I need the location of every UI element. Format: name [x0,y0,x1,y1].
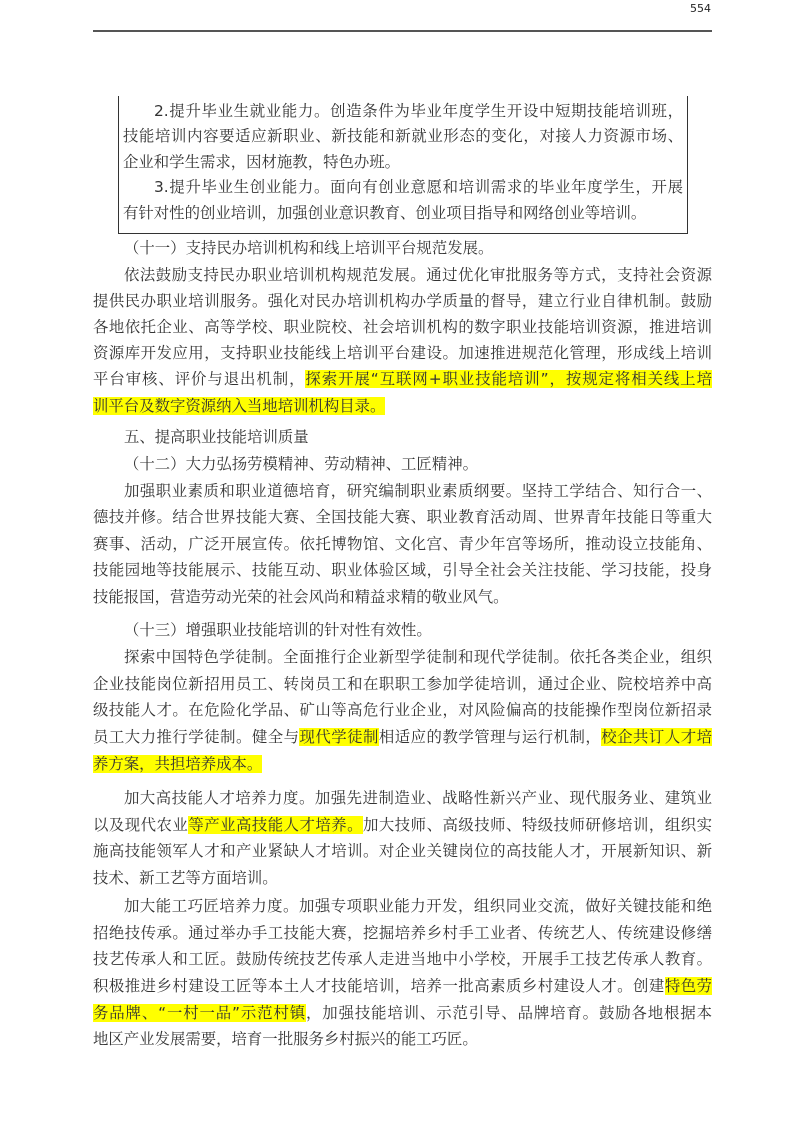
body-line: 养方案，共担培养成本。 [93,752,712,776]
text-segment: 五、提高职业技能培训质量 [124,428,309,446]
body-line: 加大高技能人才培养力度。加强先进制造业、战略性新兴产业、现代服务业、建筑业 [93,786,712,810]
body-line: 技术、新工艺等方面培训。 [93,866,712,890]
body-line: （十一）支持民办培训机构和线上培训平台规范发展。 [93,236,712,260]
text-segment: 加大高技能人才培养力度。加强先进制造业、战略性新兴产业、现代服务业、建筑业 [124,789,712,807]
highlighted-text: 校企共订人才培 [601,728,712,746]
text-segment: 员工大力推行学徒制。健全与 [93,728,299,746]
text-segment: 以及现代农业 [93,816,188,834]
body-line: 技艺传承人和工匠。鼓励传统技艺传承人走进当地中小学校，开展手工技艺传承人教育。 [93,947,712,971]
body-line: 赛事、活动，广泛开展宣传。依托博物馆、文化宫、青少年宫等场所，推动设立技能角、 [93,532,712,556]
highlighted-text: 养方案，共担培养成本。 [93,755,262,773]
text-segment: 2.提升毕业生就业能力。创造条件为毕业年度学生开设中短期技能培训班， [154,102,683,120]
body-line: 加大能工巧匠培养力度。加强专项职业能力开发，组织同业交流，做好关键技能和绝 [93,894,712,918]
body-line: 级技能人才。在危险化学品、矿山等高危行业企业，对风险偏高的技能操作型岗位新招录 [93,698,712,722]
body-line: 平台审核、评价与退出机制，探索开展“互联网+职业技能培训”，按规定将相关线上培 [93,367,712,391]
text-segment: 技术、新工艺等方面培训。 [93,869,278,887]
text-segment: 级技能人才。在危险化学品、矿山等高危行业企业，对风险偏高的技能操作型岗位新招录 [93,701,712,719]
text-segment: 企业技能岗位新招用员工、转岗员工和在职职工参加学徒培训，通过企业、院校培养中高 [93,675,712,693]
text-segment: 平台审核、评价与退出机制， [93,370,305,388]
text-segment: 德技并修。结合世界技能大赛、全国技能大赛、职业教育活动周、世界青年技能日等重大 [93,508,712,526]
body-line: 技能报国，营造劳动光荣的社会风尚和精益求精的敬业风气。 [93,585,712,609]
text-segment: 地区产业发展需要，培育一批服务乡村振兴的能工巧匠。 [93,1030,478,1048]
highlighted-text: 训平台及数字资源纳入当地培训机构目录。 [93,397,385,415]
body-line: 招绝技传承。通过举办手工技能大赛，挖掘培养乡村手工业者、传统艺人、传统建设修缮 [93,921,712,945]
body-line: 员工大力推行学徒制。健全与现代学徒制相适应的教学管理与运行机制，校企共订人才培 [93,725,712,749]
text-segment: ，加强技能培训、示范引导、品牌培育。鼓励各地根据本 [306,1004,712,1022]
highlighted-text: 现代学徒制 [299,728,378,746]
body-line: 技能园地等技能展示、技能互动、职业体验区域，引导全社会关注技能、学习技能，投身 [93,558,712,582]
highlighted-text: 特色劳 [665,977,712,995]
body-line: 训平台及数字资源纳入当地培训机构目录。 [93,394,712,418]
text-segment: 各地依托企业、高等学校、职业院校、社会培训机构的数字职业技能培训资源，推进培训 [93,318,712,336]
text-segment: 加大能工巧匠培养力度。加强专项职业能力开发，组织同业交流，做好关键技能和绝 [124,897,712,915]
boxed-line: 企业和学生需求，因材施教，特色办班。 [123,150,683,174]
text-segment: （十二）大力弘扬劳模精神、劳动精神、工匠精神。 [124,455,478,473]
text-segment: 探索中国特色学徒制。全面推行企业新型学徒制和现代学徒制。依托各类企业，组织 [124,648,712,666]
body-line: 各地依托企业、高等学校、职业院校、社会培训机构的数字职业技能培训资源，推进培训 [93,315,712,339]
highlighted-text: 探索开展“互联网+职业技能培训”，按规定将相关线上培 [305,370,712,388]
boxed-line: 技能培训内容要适应新职业、新技能和新就业形态的变化，对接人力资源市场、 [123,124,683,148]
body-line: 积极推进乡村建设工匠等本土人才技能培训，培养一批高素质乡村建设人才。创建特色劳 [93,974,712,998]
text-segment: 施高技能领军人才和产业紧缺人才培训。对企业关键岗位的高技能人才，开展新知识、新 [93,842,712,860]
boxed-line: 3.提升毕业生创业能力。面向有创业意愿和培训需求的毕业年度学生，开展 [123,175,683,199]
body-line: 提供民办职业培训服务。强化对民办培训机构办学质量的督导，建立行业自律机制。鼓励 [93,289,712,313]
text-segment: 技能培训内容要适应新职业、新技能和新就业形态的变化，对接人力资源市场、 [123,127,683,145]
body-line: 德技并修。结合世界技能大赛、全国技能大赛、职业教育活动周、世界青年技能日等重大 [93,505,712,529]
body-line: 务品牌、“一村一品”示范村镇，加强技能培训、示范引导、品牌培育。鼓励各地根据本 [93,1001,712,1025]
text-segment: 加大技师、高级技师、特级技师研修培训，组织实 [363,816,712,834]
text-segment: 加强职业素质和职业道德培育，研究编制职业素质纲要。坚持工学结合、知行合一、 [124,482,712,500]
text-segment: 提供民办职业培训服务。强化对民办培训机构办学质量的督导，建立行业自律机制。鼓励 [93,292,712,310]
page-number: 554 [690,2,711,15]
text-segment: 积极推进乡村建设工匠等本土人才技能培训，培养一批高素质乡村建设人才。创建 [93,977,665,995]
body-line: 地区产业发展需要，培育一批服务乡村振兴的能工巧匠。 [93,1027,712,1051]
body-line: 企业技能岗位新招用员工、转岗员工和在职职工参加学徒培训，通过企业、院校培养中高 [93,672,712,696]
body-line: （十三）增强职业技能培训的针对性有效性。 [93,618,712,642]
highlighted-text: 务品牌、“一村一品”示范村镇 [93,1004,306,1022]
text-segment: 企业和学生需求，因材施教，特色办班。 [123,153,400,171]
text-segment: 3.提升毕业生创业能力。面向有创业意愿和培训需求的毕业年度学生，开展 [154,178,683,196]
text-segment: 技能报国，营造劳动光荣的社会风尚和精益求精的敬业风气。 [93,588,509,606]
body-line: 五、提高职业技能培训质量 [93,425,712,449]
text-segment: 招绝技传承。通过举办手工技能大赛，挖掘培养乡村手工业者、传统艺人、传统建设修缮 [93,924,712,942]
text-segment: （十一）支持民办培训机构和线上培训平台规范发展。 [124,239,493,257]
body-line: 资源库开发应用，支持职业技能线上培训平台建设。加速推进规范化管理，形成线上培训 [93,341,712,365]
body-line: （十二）大力弘扬劳模精神、劳动精神、工匠精神。 [93,452,712,476]
text-segment: 赛事、活动，广泛开展宣传。依托博物馆、文化宫、青少年宫等场所，推动设立技能角、 [93,535,712,553]
boxed-line: 2.提升毕业生就业能力。创造条件为毕业年度学生开设中短期技能培训班， [123,99,683,123]
highlighted-text: 等产业高技能人才培养。 [188,816,363,834]
body-line: 加强职业素质和职业道德培育，研究编制职业素质纲要。坚持工学结合、知行合一、 [93,479,712,503]
header-rule [93,30,712,32]
body-line: 探索中国特色学徒制。全面推行企业新型学徒制和现代学徒制。依托各类企业，组织 [93,645,712,669]
text-segment: 资源库开发应用，支持职业技能线上培训平台建设。加速推进规范化管理，形成线上培训 [93,344,712,362]
text-segment: 依法鼓励支持民办职业培训机构规范发展。通过优化审批服务等方式，支持社会资源 [124,266,712,284]
text-segment: 有针对性的创业培训，加强创业意识教育、创业项目指导和网络创业等培训。 [123,204,646,222]
body-line: 依法鼓励支持民办职业培训机构规范发展。通过优化审批服务等方式，支持社会资源 [93,263,712,287]
text-segment: （十三）增强职业技能培训的针对性有效性。 [124,621,432,639]
text-segment: 技能园地等技能展示、技能互动、职业体验区域，引导全社会关注技能、学习技能，投身 [93,561,712,579]
body-line: 施高技能领军人才和产业紧缺人才培训。对企业关键岗位的高技能人才，开展新知识、新 [93,839,712,863]
boxed-line: 有针对性的创业培训，加强创业意识教育、创业项目指导和网络创业等培训。 [123,201,683,225]
text-segment: 相适应的教学管理与运行机制， [379,728,601,746]
text-segment: 技艺传承人和工匠。鼓励传统技艺传承人走进当地中小学校，开展手工技艺传承人教育。 [93,950,712,968]
body-line: 以及现代农业等产业高技能人才培养。加大技师、高级技师、特级技师研修培训，组织实 [93,813,712,837]
